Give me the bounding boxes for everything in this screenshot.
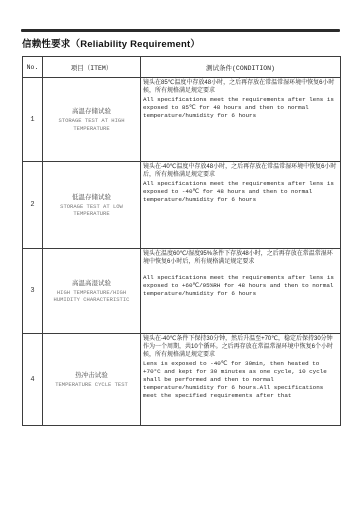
item-cell: 高温存储试验 STORAGE TEST AT HIGH TEMPERATURE — [43, 78, 141, 162]
condition-text-cn: 镜头在-40℃条件下保持30分钟，然后升温至+70℃，稳定后保持30分钟作为一个… — [143, 335, 338, 359]
item-name-en: STORAGE TEST AT LOW TEMPERATURE — [46, 203, 137, 218]
column-header-no: No. — [23, 57, 43, 78]
reliability-requirements-table: No. 项目（ITEM） 测试条件(CONDITION) 1 高温存储试验 ST… — [22, 56, 341, 426]
column-header-condition: 测试条件(CONDITION) — [141, 57, 341, 78]
item-name-en: HIGH TEMPERATURE/HIGH HUMIDITY CHARACTER… — [46, 289, 137, 304]
condition-text-en: All specifications meet the requirements… — [143, 96, 338, 120]
condition-text-cn: 镜头在温度60℃/湿度95%条件下存放48小时，之后再存放在常温常湿环境中恢复6… — [143, 250, 338, 266]
item-name-cn: 高温高湿试验 — [45, 279, 138, 288]
row-number: 3 — [23, 249, 43, 334]
item-name-cn: 低温存储试验 — [45, 193, 138, 202]
condition-text-en: All specifications meet the requirements… — [143, 274, 338, 298]
document-page: 信赖性要求（Reliability Requirement） No. 项目（IT… — [0, 0, 360, 509]
condition-text-cn: 镜头在85℃温度中存放48小时，之后再存放在常温常湿环境中恢复6小时候，所有规格… — [143, 79, 338, 95]
condition-text-en: Lens is exposed to -40℃ for 30min, then … — [143, 360, 338, 400]
item-cell: 热冲击试验 TEMPERATURE CYCLE TEST — [43, 334, 141, 426]
table-header-row: No. 项目（ITEM） 测试条件(CONDITION) — [23, 57, 341, 78]
table-row: 2 低温存储试验 STORAGE TEST AT LOW TEMPERATURE… — [23, 162, 341, 249]
condition-text-cn: 镜头在-40℃温度中存放48小时，之后再存放在常温常湿环境中恢复6小时后，所有规… — [143, 163, 338, 179]
item-name-en: TEMPERATURE CYCLE TEST — [46, 381, 137, 389]
item-cell: 高温高湿试验 HIGH TEMPERATURE/HIGH HUMIDITY CH… — [43, 249, 141, 334]
table-row: 1 高温存储试验 STORAGE TEST AT HIGH TEMPERATUR… — [23, 78, 341, 162]
item-cell: 低温存储试验 STORAGE TEST AT LOW TEMPERATURE — [43, 162, 141, 249]
row-number: 1 — [23, 78, 43, 162]
condition-cell: 镜头在温度60℃/湿度95%条件下存放48小时，之后再存放在常温常湿环境中恢复6… — [141, 249, 341, 334]
item-name-cn: 高温存储试验 — [45, 107, 138, 116]
top-divider-rule — [21, 29, 340, 32]
row-number: 2 — [23, 162, 43, 249]
item-name-en: STORAGE TEST AT HIGH TEMPERATURE — [46, 117, 137, 132]
table-row: 3 高温高湿试验 HIGH TEMPERATURE/HIGH HUMIDITY … — [23, 249, 341, 334]
row-number: 4 — [23, 334, 43, 426]
page-title: 信赖性要求（Reliability Requirement） — [22, 36, 200, 50]
condition-text-en: All specifications meet the requirements… — [143, 180, 338, 204]
condition-cell: 镜头在-40℃条件下保持30分钟，然后升温至+70℃，稳定后保持30分钟作为一个… — [141, 334, 341, 426]
condition-cell: 镜头在85℃温度中存放48小时，之后再存放在常温常湿环境中恢复6小时候，所有规格… — [141, 78, 341, 162]
table-row: 4 热冲击试验 TEMPERATURE CYCLE TEST 镜头在-40℃条件… — [23, 334, 341, 426]
item-name-cn: 热冲击试验 — [45, 371, 138, 380]
condition-cell: 镜头在-40℃温度中存放48小时，之后再存放在常温常湿环境中恢复6小时后，所有规… — [141, 162, 341, 249]
column-header-item: 项目（ITEM） — [43, 57, 141, 78]
